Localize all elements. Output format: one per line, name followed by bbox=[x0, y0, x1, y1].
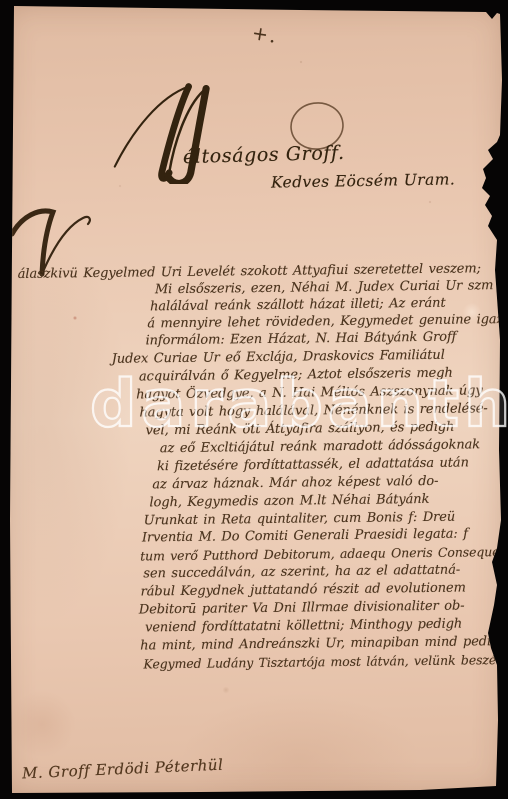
handwritten-line: Mi elsőszeris, ezen, Néhai M. Judex Curi… bbox=[155, 277, 494, 298]
salutation-subtitle: Kedves Eöcsém Uram. bbox=[271, 170, 455, 191]
handwritten-line: sen succedálván, az szerint, ha az el ad… bbox=[143, 562, 460, 583]
handwritten-line: álaszkivü Kegyelmed Uri Levelét szokott … bbox=[18, 260, 481, 283]
handwritten-line: halálával reánk szállott házat illeti; A… bbox=[150, 295, 446, 316]
initial-m-flourish bbox=[110, 66, 255, 184]
handwritten-line: veniend fordíttatatni köllettni; Minthog… bbox=[145, 616, 462, 637]
handwritten-line: ki fizetésére fordíttattassék, el adatta… bbox=[157, 454, 469, 475]
handwritten-line: Judex Curiae Ur eő Exclája, Draskovics F… bbox=[112, 347, 445, 368]
handwritten-line: az árvaz háznak. Már ahoz képest való do… bbox=[152, 473, 438, 493]
top-cross-mark: +. bbox=[250, 22, 279, 48]
initial-v-flourish bbox=[8, 206, 103, 284]
handwritten-line: ha mint, mind Andreánszki Ur, minapiban … bbox=[140, 633, 507, 654]
handwritten-line: Debitorū pariter Va Dni Illrmae division… bbox=[139, 598, 465, 619]
archival-annotation: M. Groff Erdödi Péterhül bbox=[22, 756, 224, 783]
handwritten-line: Kegymed Ludány Tisztartója most látván, … bbox=[143, 651, 508, 673]
handwritten-line: Urunkat in Reta quintaliter, cum Bonis f… bbox=[144, 509, 456, 530]
salutation-title: éltoságos Groff. bbox=[183, 142, 345, 168]
handwritten-line: rábul Kegydnek juttatandó részit ad evol… bbox=[140, 579, 465, 600]
darabanth-watermark: darabanth bbox=[90, 372, 508, 437]
handwritten-line: Irventia M. Do Comiti Generali Praesidi … bbox=[142, 525, 468, 546]
photo-of-letter: +. éltoságos Groff. Kedves Eöcsém Uram. … bbox=[0, 0, 508, 799]
handwritten-line: logh, Kegymedis azon M.lt Néhai Bátyánk bbox=[149, 491, 429, 511]
handwritten-line: informálom: Ezen Házat, N. Hai Bátyánk G… bbox=[145, 329, 456, 350]
handwritten-line: tum verő Putthord Debitorum, adaequ Oner… bbox=[140, 543, 508, 565]
g-loop-flourish bbox=[288, 100, 346, 154]
handwritten-line: á mennyire lehet rövideden, Kegymedet ge… bbox=[147, 311, 503, 332]
